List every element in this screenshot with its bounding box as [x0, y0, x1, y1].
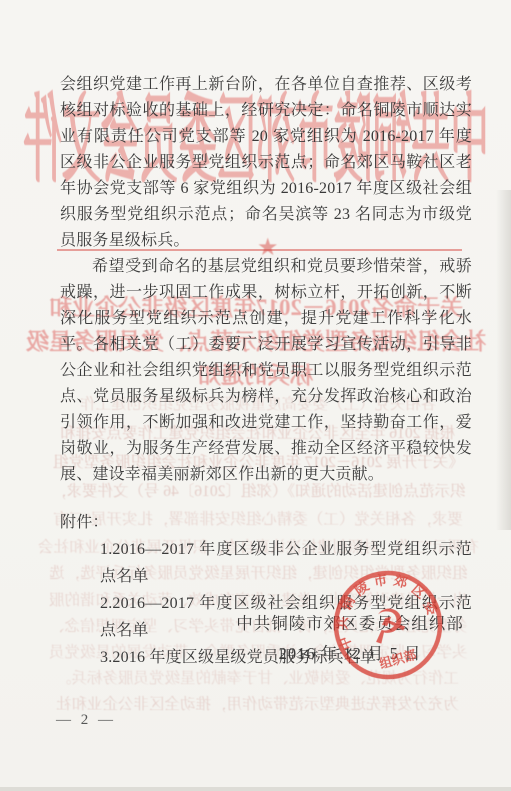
body-paragraph-1: 会组织党建工作再上新台阶，在各单位自查推荐、区级考核组对标验收的基础上，经研究决… [60, 72, 472, 254]
attachments-label: 附件： [60, 509, 472, 536]
issuer-name: 中共铜陵市郊区委员会组织部 [220, 609, 480, 639]
scan-edge-shadow-bottom [0, 787, 511, 791]
signature-block: 中共铜陵市郊区委员会组织部 2016 年 12 月 5 日 [220, 609, 480, 669]
issue-date: 2016 年 12 月 5 日 [220, 639, 480, 669]
attachment-item: 1.2016—2017 年度区级非公企业服务型党组织示范点名单 [60, 536, 472, 590]
scan-edge-shadow-right [496, 190, 511, 530]
page-number: — 2 — [56, 712, 116, 729]
document-body: 会组织党建工作再上新台阶，在各单位自查推荐、区级考核组对标验收的基础上，经研究决… [60, 72, 472, 671]
body-paragraph-2: 希望受到命名的基层党组织和党员要珍惜荣誉，戒骄戒躁，进一步巩固工作成果，树标立杆… [60, 254, 472, 488]
